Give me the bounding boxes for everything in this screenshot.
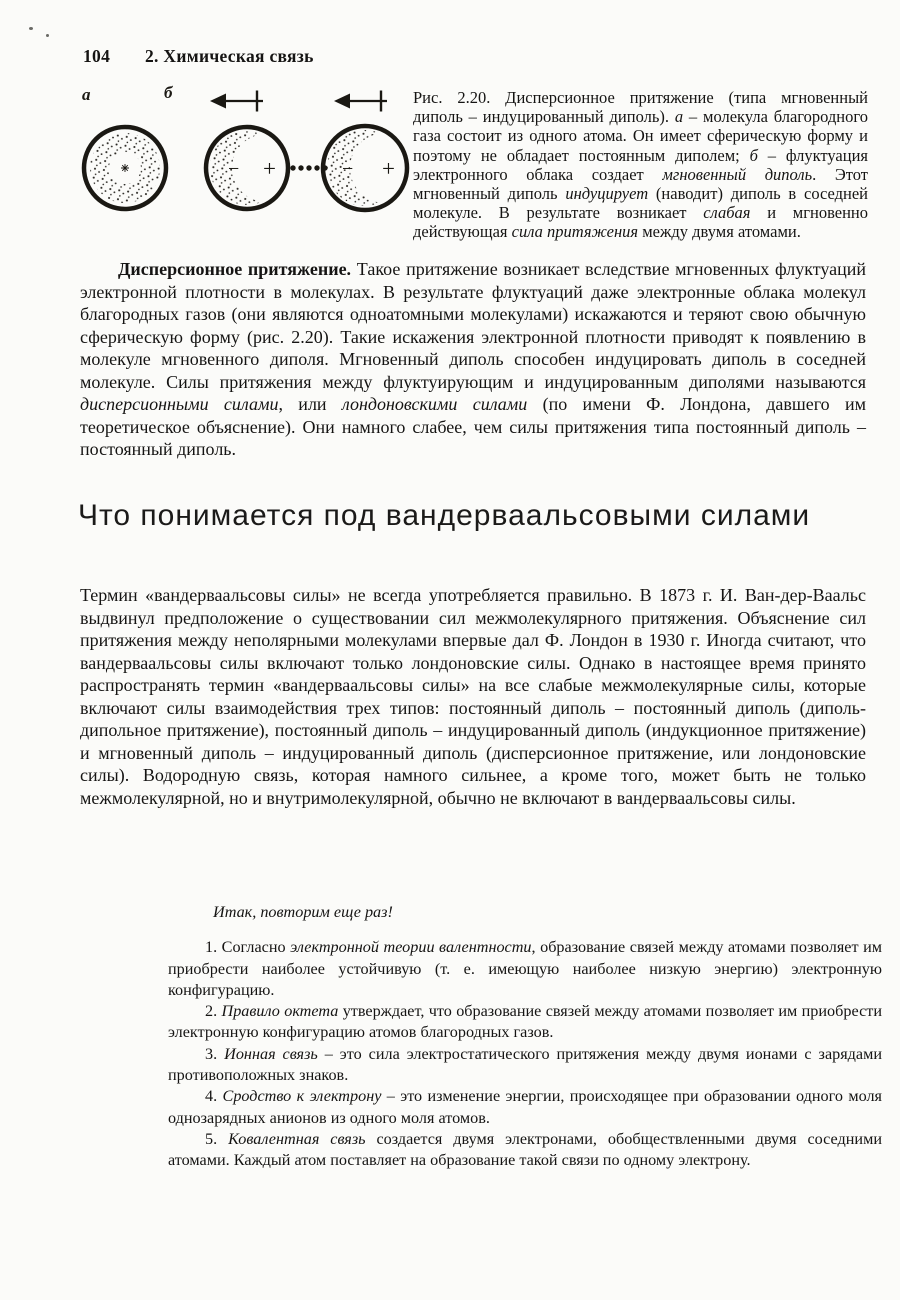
scan-speck [46, 34, 49, 37]
paragraph-dispersion-attraction: Дисперсионное притяжение. Такое притяжен… [80, 258, 866, 461]
dipole-arrow-right [334, 91, 387, 112]
figure-part-label-b: б [164, 83, 174, 102]
page-number: 104 [83, 46, 110, 66]
recap-item: 2. Правило октета утверждает, что образо… [168, 1001, 882, 1044]
plus-charge-label: + [263, 156, 276, 181]
textbook-page: 104 2. Химическая связь [0, 0, 900, 1300]
minus-charge-label: − [342, 158, 353, 180]
recap-item: 5. Ковалентная связь создается двумя эле… [168, 1129, 882, 1172]
plus-charge-label: + [382, 156, 395, 181]
atom-a-sphere [84, 127, 166, 209]
recap-item: 4. Сродство к электрону – это изменение … [168, 1086, 882, 1129]
paragraph-vdw-forces: Термин «вандерваальсовы силы» не всегда … [80, 584, 866, 809]
recap-block: Итак, повторим еще раз! 1. Согласно элек… [168, 902, 882, 1172]
scan-speck [29, 27, 33, 30]
figure-caption: Рис. 2.20. Дисперсионное притяжение (тип… [413, 88, 868, 242]
minus-charge-label: − [228, 158, 239, 180]
atom-b1-dipole: − + [206, 127, 300, 209]
recap-item: 1. Согласно электронной теории валентнос… [168, 937, 882, 1001]
figure-part-label-a: а [82, 85, 91, 104]
recap-item: 3. Ионная связь – это сила электростатич… [168, 1044, 882, 1087]
page-header: 104 2. Химическая связь [83, 46, 110, 67]
recap-title: Итак, повторим еще раз! [168, 902, 882, 923]
atom-b2-dipole: − + [323, 126, 420, 210]
section-heading-vdw: Что понимается под вандерваальсовыми сил… [78, 497, 838, 534]
dipole-arrow-left [210, 91, 263, 112]
running-head-chapter: 2. Химическая связь [145, 46, 314, 67]
